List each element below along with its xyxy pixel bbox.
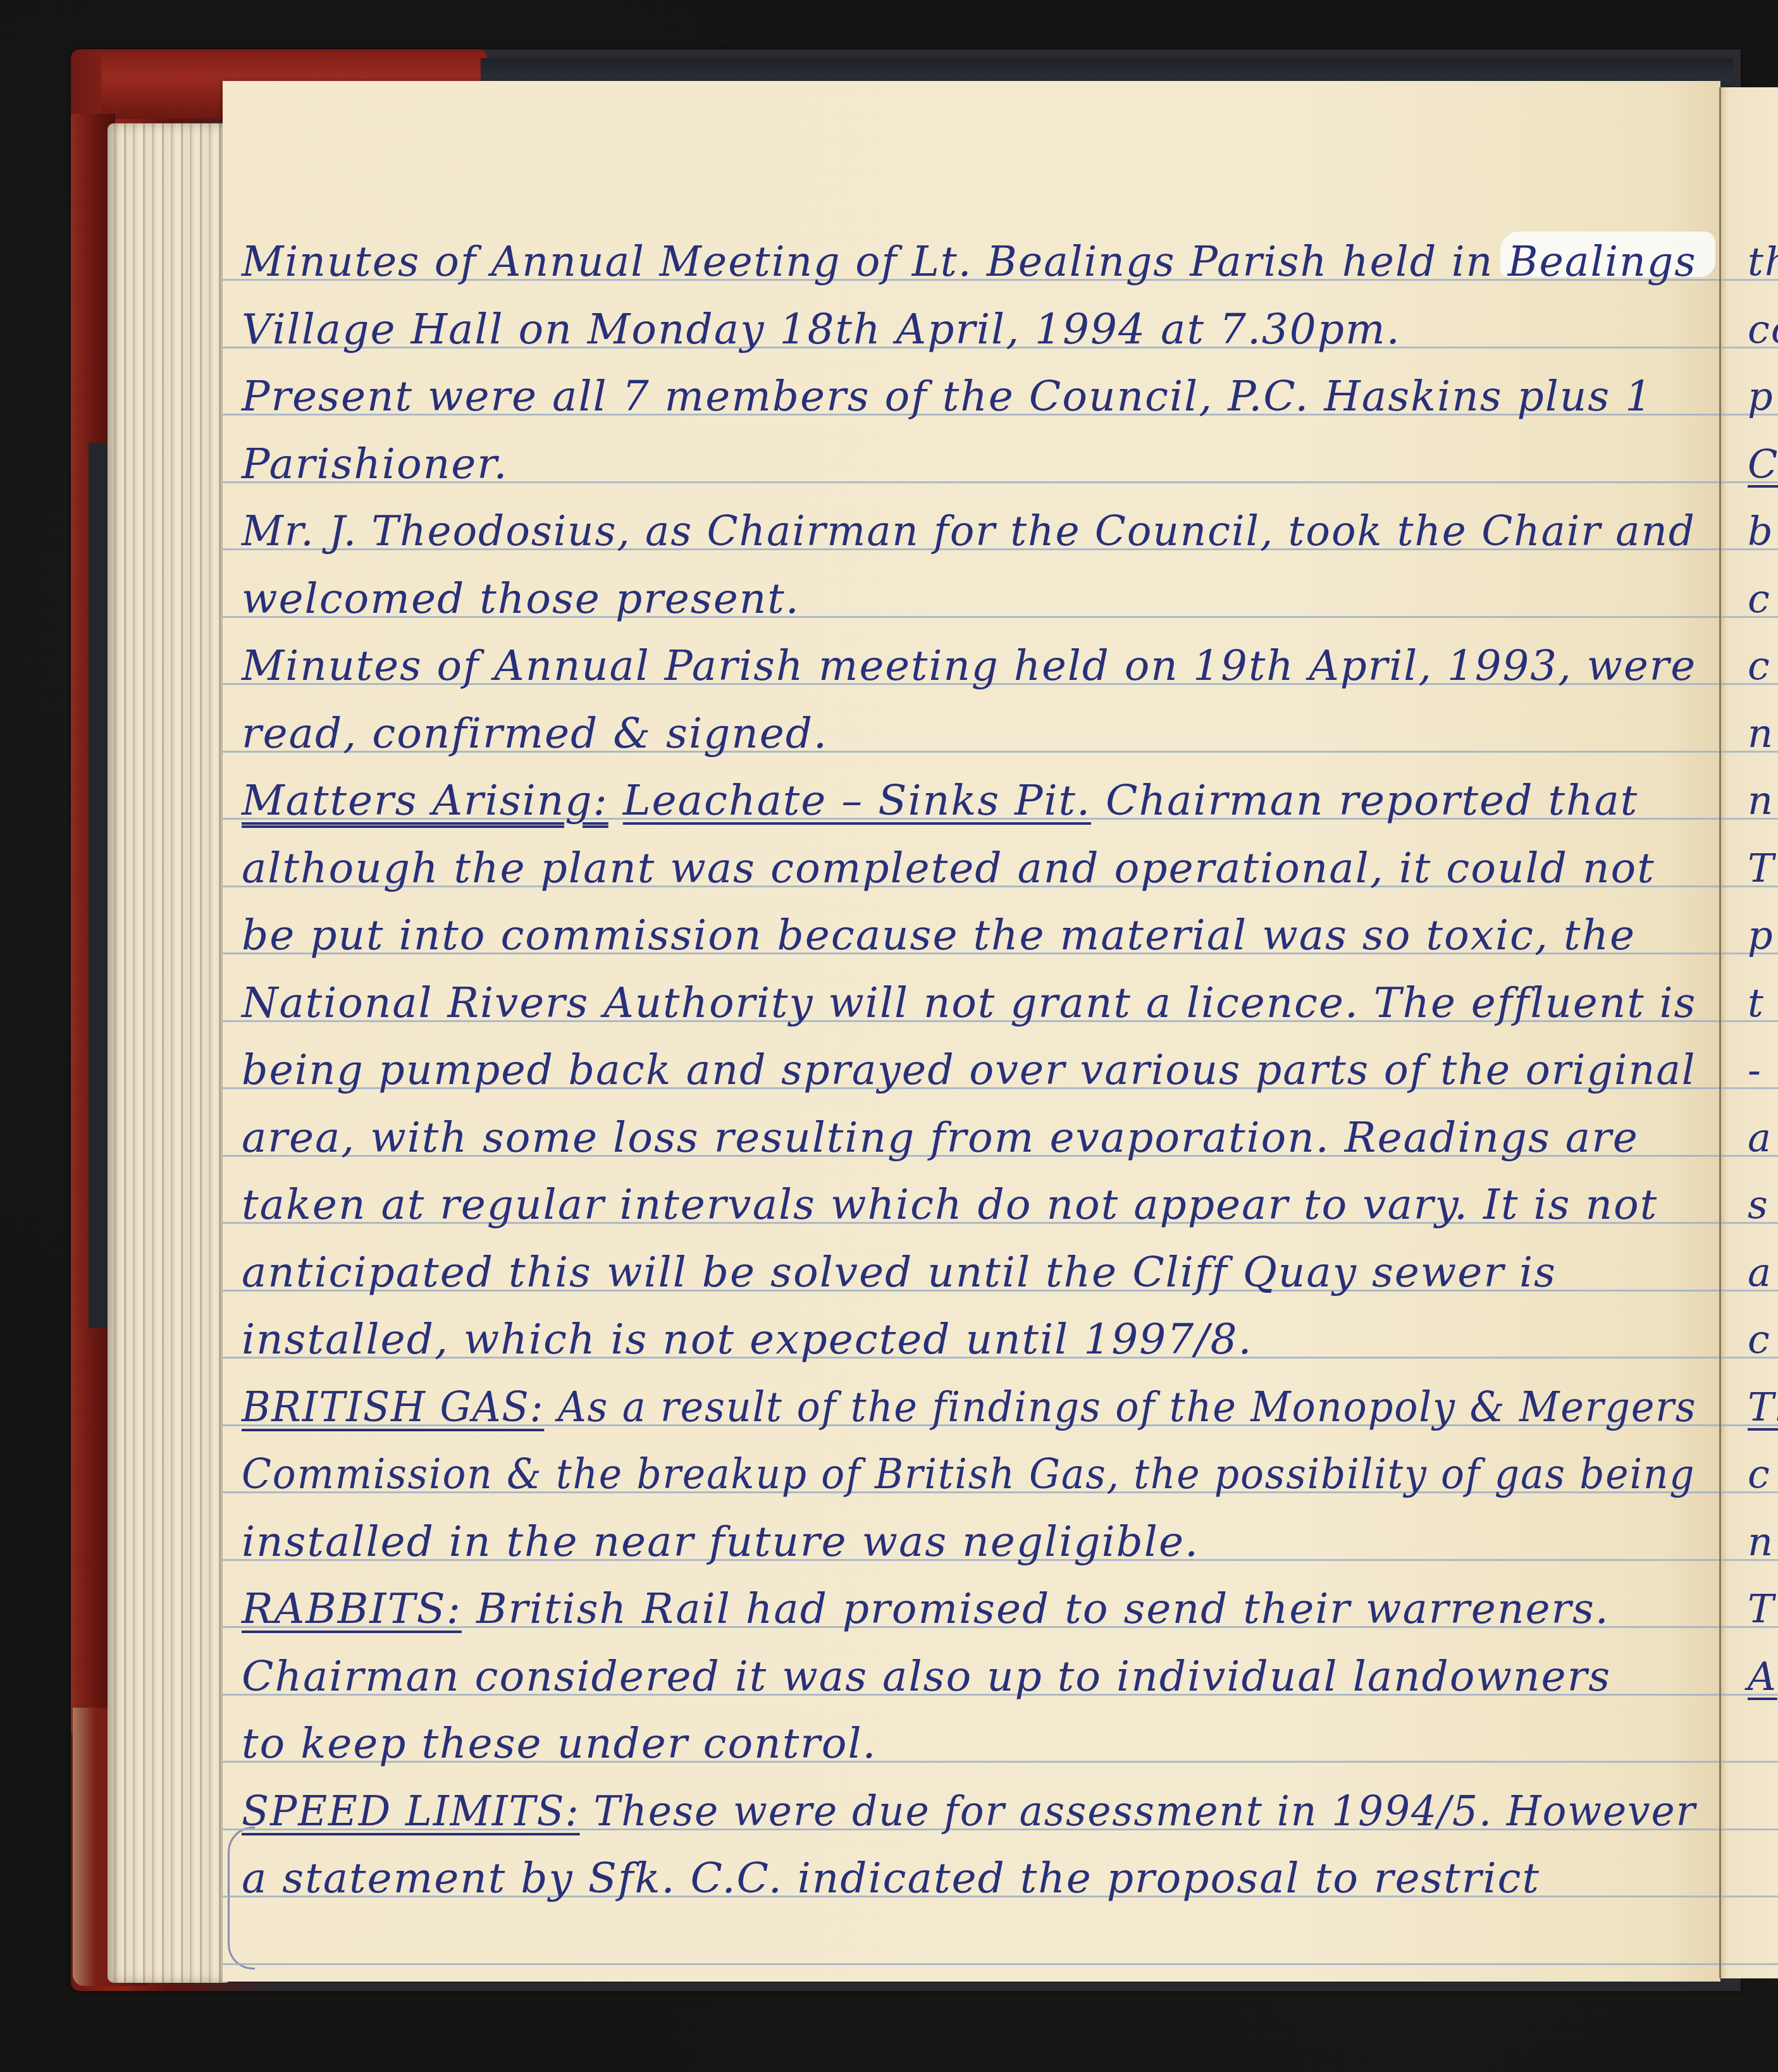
facing-ruled-line: [1721, 1896, 1778, 1897]
facing-page-fragment: c: [1748, 579, 1771, 619]
handwritten-line: Minutes of Annual Meeting of Lt. Bealing…: [242, 241, 1696, 283]
page-stack-edges: [108, 123, 228, 1983]
handwritten-line: Matters Arising: Leachate – Sinks Pit. C…: [242, 780, 1638, 822]
section-subheading: Leachate – Sinks Pit.: [623, 776, 1091, 825]
handwritten-line: Present were all 7 members of the Counci…: [242, 376, 1653, 417]
handwritten-line: installed, which is not expected until 1…: [242, 1319, 1252, 1360]
facing-page-fragment: c: [1748, 1455, 1771, 1494]
handwritten-line: RABBITS: British Rail had promised to se…: [242, 1588, 1610, 1630]
handwritten-line: SPEED LIMITS: These were due for assessm…: [242, 1791, 1696, 1832]
handwritten-line: Minutes of Annual Parish meeting held on…: [242, 645, 1696, 687]
handwritten-line: although the plant was completed and ope…: [242, 848, 1655, 889]
line-text: British Rail had promised to send their …: [476, 1584, 1610, 1633]
facing-page-fragment: -: [1748, 1051, 1762, 1090]
facing-page-fragment: s: [1748, 1185, 1769, 1224]
handwritten-line: being pumped back and sprayed over vario…: [242, 1049, 1696, 1091]
facing-ruled-line: [1721, 1761, 1778, 1763]
handwritten-line: Parishioner.: [242, 443, 509, 485]
handwritten-line: installed in the near future was negligi…: [242, 1521, 1199, 1563]
facing-page-fragment: n: [1748, 1522, 1774, 1562]
section-heading: Matters Arising:: [242, 776, 608, 825]
main-page: Minutes of Annual Meeting of Lt. Bealing…: [223, 81, 1720, 1982]
handwritten-line: National Rivers Authority will not grant…: [242, 982, 1696, 1024]
facing-page-fragment: p: [1748, 916, 1774, 955]
facing-ruled-line: [1721, 1963, 1778, 1965]
handwritten-line: to keep these under control.: [242, 1723, 877, 1765]
handwritten-line: area, with some loss resulting from evap…: [242, 1117, 1639, 1159]
facing-ruled-line: [1721, 1828, 1778, 1830]
facing-page-fragment: p: [1748, 377, 1774, 416]
section-heading: SPEED LIMITS:: [242, 1787, 580, 1835]
facing-page-fragment: b: [1748, 512, 1774, 551]
facing-page-fragment: a: [1748, 1118, 1772, 1157]
handwritten-line: read, confirmed & signed.: [242, 713, 828, 755]
facing-page-fragment: c: [1748, 1320, 1771, 1359]
facing-page-fragment: A: [1748, 1657, 1777, 1696]
handwritten-line: Mr. J. Theodosius, as Chairman for the C…: [242, 510, 1696, 552]
line-text: These were due for assessment in 1994/5.…: [593, 1787, 1696, 1835]
handwritten-line: a statement by Sfk. C.C. indicated the p…: [242, 1858, 1540, 1899]
handwritten-line: be put into commission because the mater…: [242, 915, 1636, 956]
facing-page-fragment: co: [1748, 310, 1778, 349]
handwritten-line: welcomed those present.: [242, 578, 800, 620]
facing-page-edge: thcopCbccnnTpt-asacThcnTA: [1719, 87, 1778, 1978]
handwritten-line: Commission & the breakup of British Gas,…: [242, 1453, 1696, 1495]
facing-page-fragment: n: [1748, 781, 1774, 820]
facing-page-fragment: t: [1748, 984, 1765, 1023]
facing-page-fragment: T: [1748, 1589, 1775, 1629]
facing-page-fragment: C: [1748, 445, 1778, 484]
facing-page-fragment: n: [1748, 714, 1774, 753]
facing-page-fragment: a: [1748, 1253, 1772, 1292]
section-heading: BRITISH GAS:: [242, 1383, 544, 1431]
line-text: Chairman reported that: [1106, 776, 1638, 825]
facing-page-fragment: T: [1748, 849, 1775, 888]
facing-page-fragment: Th: [1748, 1388, 1778, 1427]
handwritten-line: Chairman considered it was also up to in…: [242, 1656, 1611, 1698]
handwritten-line: Village Hall on Monday 18th April, 1994 …: [242, 309, 1401, 350]
handwritten-line: BRITISH GAS: As a result of the findings…: [242, 1386, 1696, 1428]
handwritten-line: taken at regular intervals which do not …: [242, 1184, 1658, 1226]
facing-page-fragment: th: [1748, 242, 1778, 281]
section-heading: RABBITS:: [242, 1584, 462, 1633]
handwritten-line: anticipated this will be solved until th…: [242, 1252, 1557, 1293]
line-text: As a result of the findings of the Monop…: [558, 1383, 1696, 1431]
ruled-line: [223, 1963, 1720, 1965]
facing-page-fragment: c: [1748, 646, 1771, 686]
